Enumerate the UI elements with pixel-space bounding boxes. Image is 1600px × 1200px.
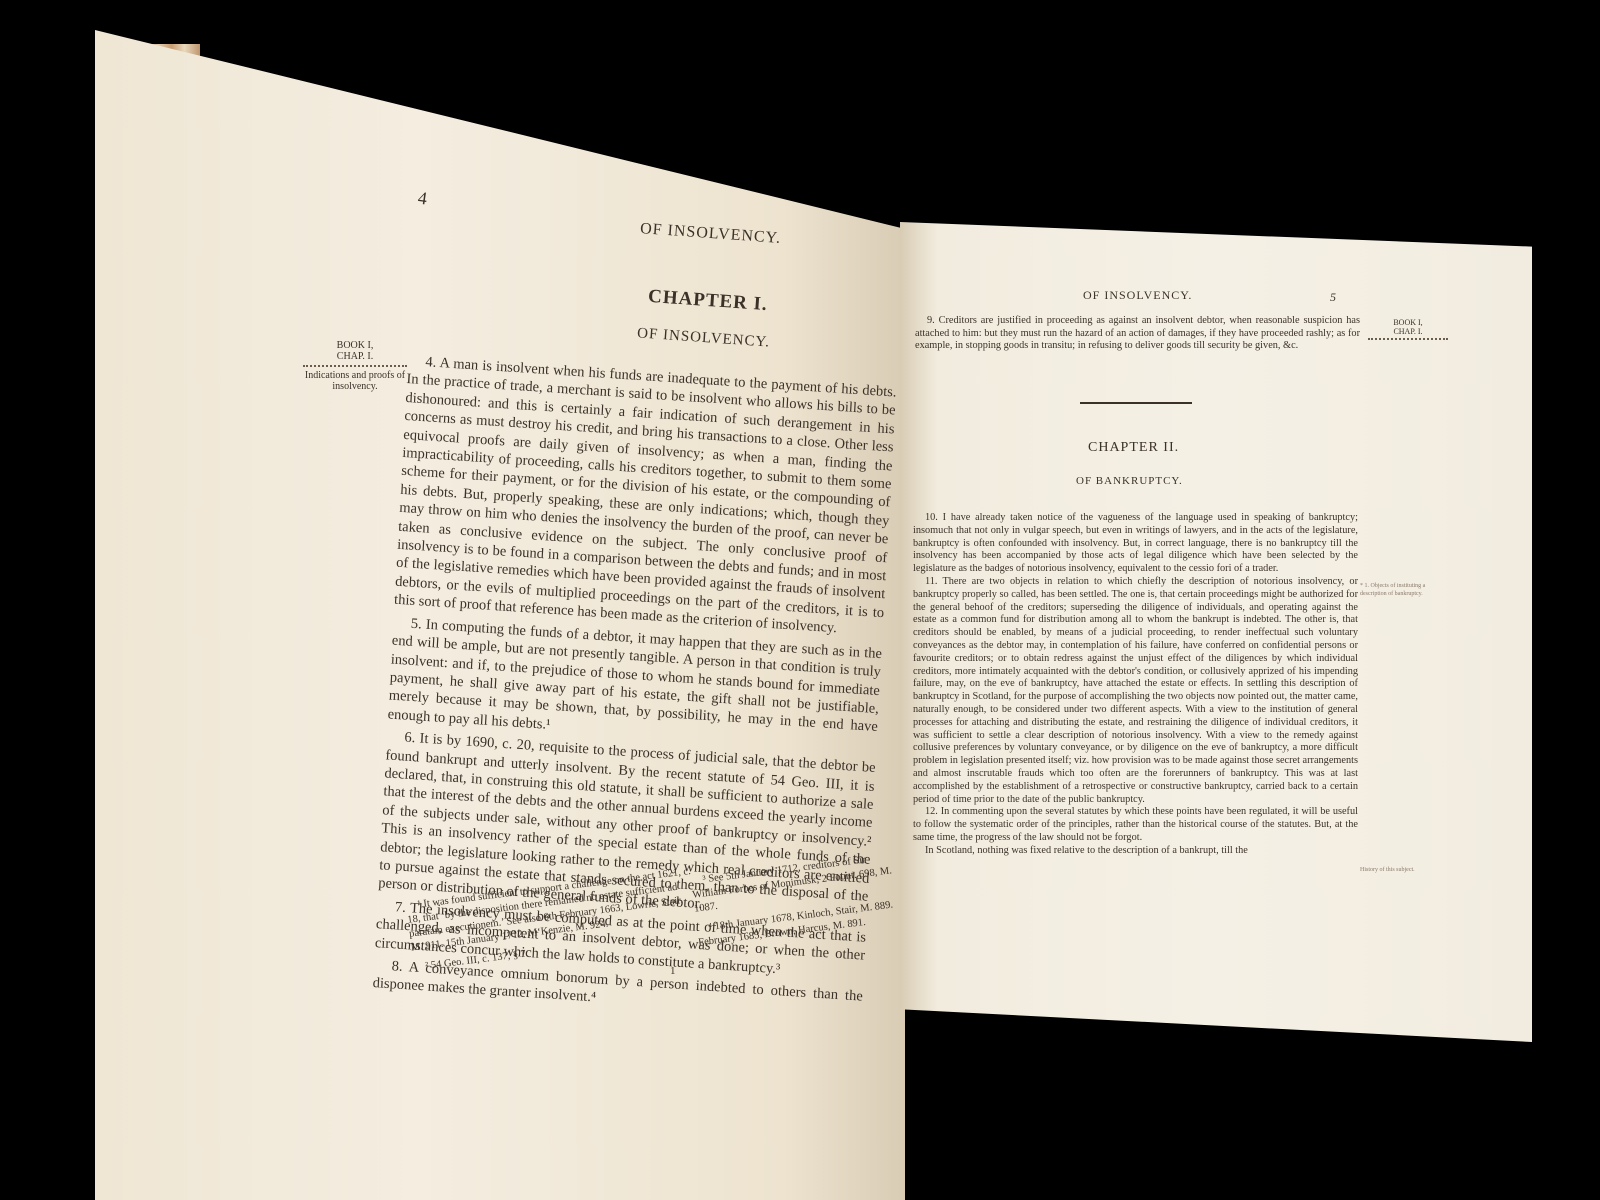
paragraph-9: 9. Creditors are justified in proceeding… <box>915 315 1360 353</box>
right-running-head: OF INSOLVENCY. <box>1083 288 1192 303</box>
margin-book: BOOK I, <box>295 340 415 351</box>
margin-note-objects: * 1. Objects of instituting a descriptio… <box>1360 582 1440 598</box>
margin-rule <box>1368 338 1448 340</box>
paragraph-4: 4. A man is insolvent when his funds are… <box>394 352 897 641</box>
margin-rule <box>303 365 407 367</box>
signature-mark: 1 <box>670 965 676 977</box>
section-divider <box>1080 402 1192 404</box>
paragraph-12: 12. In commenting upon the several statu… <box>913 806 1358 844</box>
paragraph-10: 10. I have already taken notice of the v… <box>913 512 1358 576</box>
right-page-number: 5 <box>1330 290 1336 305</box>
margin-note-history: History of this subject. <box>1360 866 1440 874</box>
paragraph-11: 11. There are two objects in relation to… <box>913 576 1358 806</box>
paragraph-9-block: 9. Creditors are justified in proceeding… <box>915 315 1360 355</box>
margin-side-note: Indications and proofs of insolvency. <box>295 370 415 392</box>
margin-book: BOOK I, <box>1368 318 1448 327</box>
paragraph-scotland: In Scotland, nothing was fixed relative … <box>913 845 1358 858</box>
right-page-body: 10. I have already taken notice of the v… <box>913 512 1358 858</box>
margin-chap: CHAP. I. <box>295 351 415 362</box>
chapter-ii-title: CHAPTER II. <box>1088 440 1179 456</box>
margin-chap: CHAP. I. <box>1368 327 1448 336</box>
left-margin-note: BOOK I, CHAP. I. Indications and proofs … <box>295 340 415 392</box>
chapter-ii-subtitle: OF BANKRUPTCY. <box>1076 475 1183 487</box>
right-margin-note: BOOK I, CHAP. I. <box>1368 318 1448 342</box>
